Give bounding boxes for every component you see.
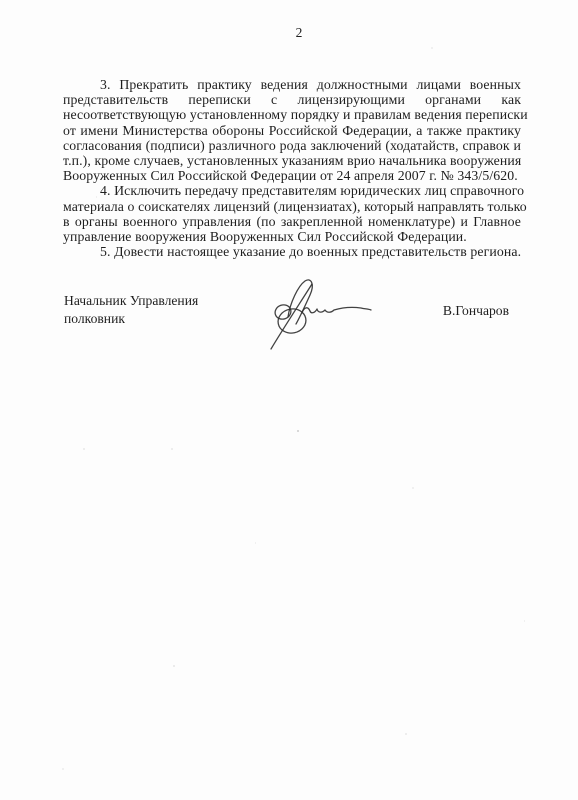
paragraph-line: представительств переписки с лицензирующ…	[63, 92, 521, 107]
paragraph-line: в органы военного управления (по закрепл…	[63, 214, 521, 229]
page-number: 2	[0, 25, 578, 41]
paragraph-line: 3. Прекратить практику ведения должностн…	[63, 77, 521, 92]
paragraph-line: т.п.), кроме случаев, установленных указ…	[63, 153, 521, 168]
paragraph-line: 5. Довести настоящее указание до военных…	[63, 244, 521, 259]
paragraph-line: согласования (подписи) различного рода з…	[63, 138, 521, 153]
paragraph-line: Вооруженных Сил Российской Федерации от …	[63, 168, 521, 183]
signer-position: Начальник Управления полковник	[64, 292, 198, 327]
paragraph-line: от имени Министерства обороны Российской…	[63, 123, 521, 138]
paragraph-line: 4. Исключить передачу представителям юри…	[63, 183, 521, 198]
paragraph-4: 4. Исключить передачу представителям юри…	[63, 183, 521, 244]
paragraph-line: материала о соискателях лицензий (лиценз…	[63, 199, 521, 214]
handwritten-signature-icon	[245, 270, 385, 382]
signature-block: Начальник Управления полковник В.Гончаро…	[63, 292, 521, 402]
scanned-document-page: 2 3. Прекратить практику ведения должнос…	[0, 0, 578, 800]
signer-position-line2: полковник	[64, 310, 198, 328]
paragraph-line: управление вооружения Вооруженных Сил Ро…	[63, 229, 521, 244]
paragraph-5: 5. Довести настоящее указание до военных…	[63, 244, 521, 259]
paragraph-line: несоответствующую установленному порядку…	[63, 107, 521, 122]
document-body: 3. Прекратить практику ведения должностн…	[63, 77, 521, 259]
paragraph-3: 3. Прекратить практику ведения должностн…	[63, 77, 521, 183]
signer-name: В.Гончаров	[443, 303, 509, 319]
signer-position-line1: Начальник Управления	[64, 292, 198, 310]
